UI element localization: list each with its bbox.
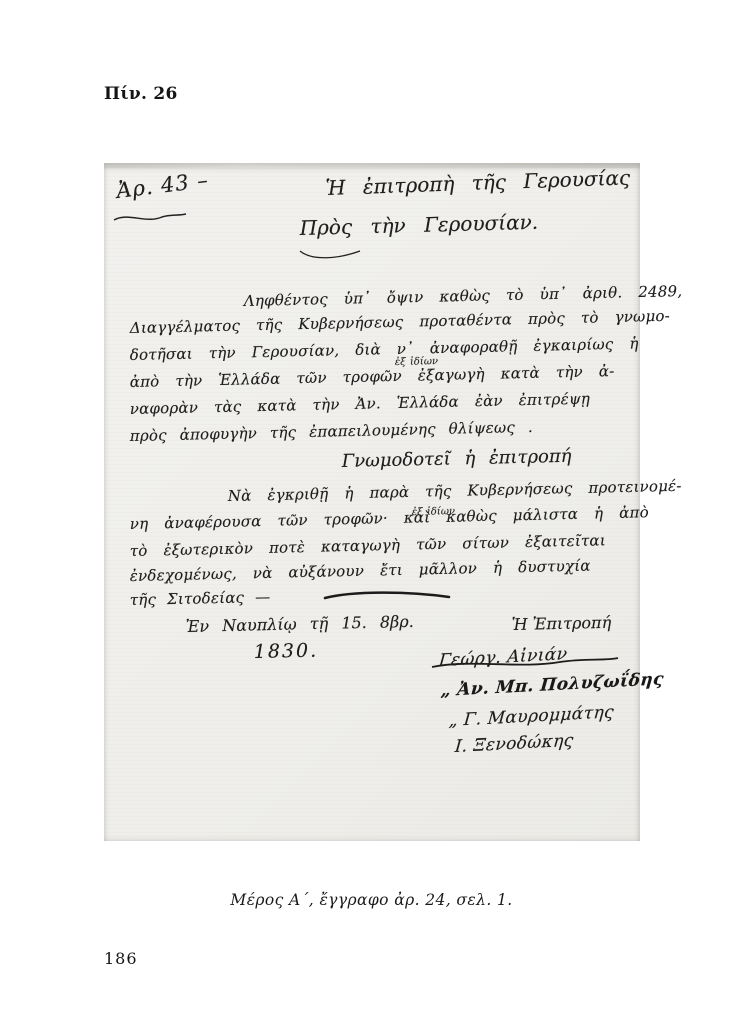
- ms-body2-line-2: νη ἀναφέρουσα τῶν τροφῶν· καὶ καθὼς μάλι…: [130, 503, 649, 533]
- signature-2: „ Ἀν. Μπ. Πολυζωΐδης: [440, 669, 665, 701]
- ms-body2-line-4: ἐνδεχομένως, νὰ αὐξάνουν ἔτι μᾶλλον ἡ δυ…: [130, 557, 591, 585]
- ms-interlinear-insertion-1: ἐξ ἰδίων: [395, 356, 438, 368]
- ms-year: 1830.: [254, 640, 319, 663]
- ms-body2-line-5: τῆς Σιτοδείας —: [130, 588, 271, 609]
- facsimile-image: Ἀρ. 43 – Ἡ ἐπιτροπὴ τῆς Γερουσίας Πρὸς τ…: [104, 163, 640, 841]
- signature-strike-flourish: [430, 655, 620, 673]
- ms-committee-label: Ἡ Ἐπιτροπή: [512, 613, 612, 634]
- signature-3: „ Γ. Μαυρομμάτης: [448, 702, 615, 731]
- plate-label: Πίν. 26: [104, 84, 178, 104]
- ms-body1-line-5: ναφορὰν τὰς κατὰ τὴν Ἀν. Ἑλλάδα ἐὰν ἐπιτ…: [130, 390, 591, 418]
- ms-body2-line-1: Νὰ ἐγκριθῇ ἡ παρὰ τῆς Κυβερνήσεως προτει…: [228, 477, 682, 505]
- signature-4: Ι. Ξενοδώκης: [454, 731, 575, 757]
- ms-body1-line-6: πρὸς ἀποφυγὴν τῆς ἐπαπειλουμένης θλίψεως…: [130, 418, 533, 445]
- flourish-underline: [112, 209, 188, 225]
- ms-body1-line-3: δοτῆσαι τὴν Γερουσίαν, διὰ ν᾽ ἀναφοραθῇ …: [130, 334, 639, 364]
- ms-body1-line-1: Ληφθέντος ὑπ᾽ ὄψιν καθὼς τὸ ὑπ᾽ ἀριθ. 24…: [244, 282, 683, 310]
- ms-body2-line-3: τὸ ἐξωτερικὸν ποτὲ καταγωγὴ τῶν σίτων ἐξ…: [130, 531, 606, 560]
- ms-header-line-1: Ἡ ἐπιτροπὴ τῆς Γερουσίας: [325, 165, 630, 200]
- book-page: Πίν. 26 Ἀρ. 43 – Ἡ ἐπιτροπὴ τῆς Γερουσία…: [0, 0, 743, 1027]
- flourish-closing-dash: [322, 589, 452, 603]
- page-number: 186: [104, 949, 138, 968]
- ms-body1-line-4: ἀπὸ τὴν Ἑλλάδα τῶν τροφῶν ἐξαγωγὴ κατὰ τ…: [130, 362, 615, 391]
- ms-subheading: Γνωμοδοτεῖ ἡ ἐπιτροπή: [342, 446, 572, 472]
- ms-body1-line-2: Διαγγέλματος τῆς Κυβερνήσεως προταθέντα …: [130, 307, 671, 337]
- doc-number: Ἀρ. 43 –: [115, 168, 210, 203]
- flourish-pros-swash: [298, 247, 362, 261]
- figure-caption: Μέρος Α΄, ἔγγραφο ἀρ. 24, σελ. 1.: [0, 891, 743, 909]
- ms-header-line-2: Πρὸς τὴν Γερουσίαν.: [299, 210, 538, 240]
- ms-dateline: Ἐν Ναυπλίῳ τῇ 15. 8βρ.: [186, 612, 414, 636]
